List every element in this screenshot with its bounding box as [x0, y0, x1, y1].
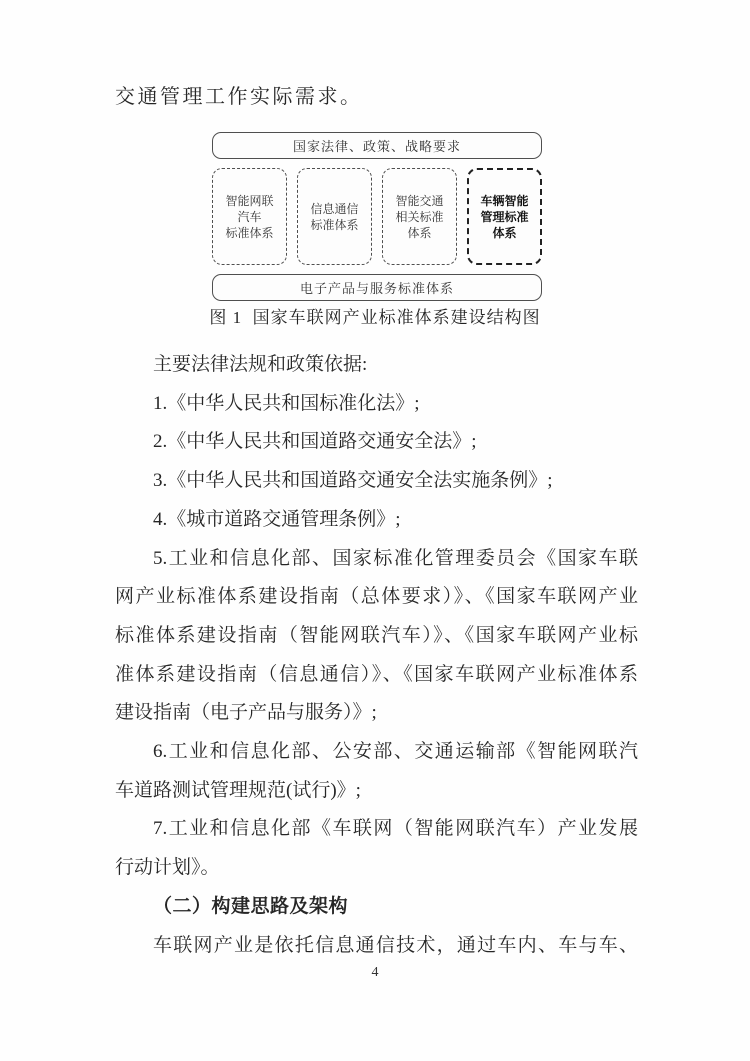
body-line: 建设指南（电子产品与服务）》; [115, 694, 638, 733]
box-line: 汽车 [237, 209, 261, 225]
box-line: 智能交通 [395, 193, 443, 209]
body-line: 7.工业和信息化部《车联网（智能网联汽车）产业发展 [115, 810, 638, 849]
box-line: 体系 [407, 225, 431, 241]
box-line: 车辆智能 [480, 193, 528, 209]
document-page: 交通管理工作实际需求。 国家法律、政策、战略要求 智能网联 汽车 标准体系 信息… [0, 0, 750, 1061]
body-line: 行动计划》。 [115, 849, 638, 888]
body-line: 标准体系建设指南（智能网联汽车）》、《国家车联网产业标 [115, 617, 638, 656]
body-line: 6.工业和信息化部、公安部、交通运输部《智能网联汽 [115, 733, 638, 772]
box-line: 体系 [492, 225, 516, 241]
box-line: 标准体系 [225, 225, 273, 241]
body-line: 2.《中华人民共和国道路交通安全法》; [115, 423, 638, 462]
body-line: 网产业标准体系建设指南（总体要求）》、《国家车联网产业 [115, 578, 638, 617]
box-line: 信息通信 [310, 201, 358, 217]
box-line: 标准体系 [310, 217, 358, 233]
figure-diagram: 国家法律、政策、战略要求 智能网联 汽车 标准体系 信息通信 标准体系 智能交通… [212, 132, 542, 301]
box-line: 管理标准 [480, 209, 528, 225]
body-line: 主要法律法规和政策依据: [115, 346, 638, 385]
section-heading: （二）构建思路及架构 [115, 888, 638, 927]
standard-box-information-communication: 信息通信 标准体系 [297, 168, 372, 265]
box-line: 相关标准 [395, 209, 443, 225]
body-line: 3.《中华人民共和国道路交通安全法实施条例》; [115, 462, 638, 501]
figure-top-box: 国家法律、政策、战略要求 [212, 132, 542, 159]
standard-box-vehicle-intelligent-management: 车辆智能 管理标准 体系 [467, 168, 542, 265]
standard-box-intelligent-connected-vehicle: 智能网联 汽车 标准体系 [212, 168, 287, 265]
figure-caption: 图 1 国家车联网产业标准体系建设结构图 [0, 306, 750, 330]
body-line: 车道路测试管理规范(试行)》; [115, 772, 638, 811]
body-line: 准体系建设指南（信息通信）》、《国家车联网产业标准体系 [115, 656, 638, 695]
intro-line: 交通管理工作实际需求。 [115, 82, 363, 112]
page-number: 4 [0, 965, 750, 981]
figure-middle-row: 智能网联 汽车 标准体系 信息通信 标准体系 智能交通 相关标准 体系 车辆智能… [212, 168, 542, 265]
body-text: 主要法律法规和政策依据: 1.《中华人民共和国标准化法》; 2.《中华人民共和国… [115, 346, 638, 965]
body-line: 车联网产业是依托信息通信技术，通过车内、车与车、 [115, 927, 638, 966]
figure-bottom-box: 电子产品与服务标准体系 [212, 274, 542, 301]
body-line: 5.工业和信息化部、国家标准化管理委员会《国家车联 [115, 540, 638, 579]
body-line: 4.《城市道路交通管理条例》; [115, 501, 638, 540]
standard-box-intelligent-transport: 智能交通 相关标准 体系 [382, 168, 457, 265]
body-line: 1.《中华人民共和国标准化法》; [115, 385, 638, 424]
box-line: 智能网联 [225, 193, 273, 209]
